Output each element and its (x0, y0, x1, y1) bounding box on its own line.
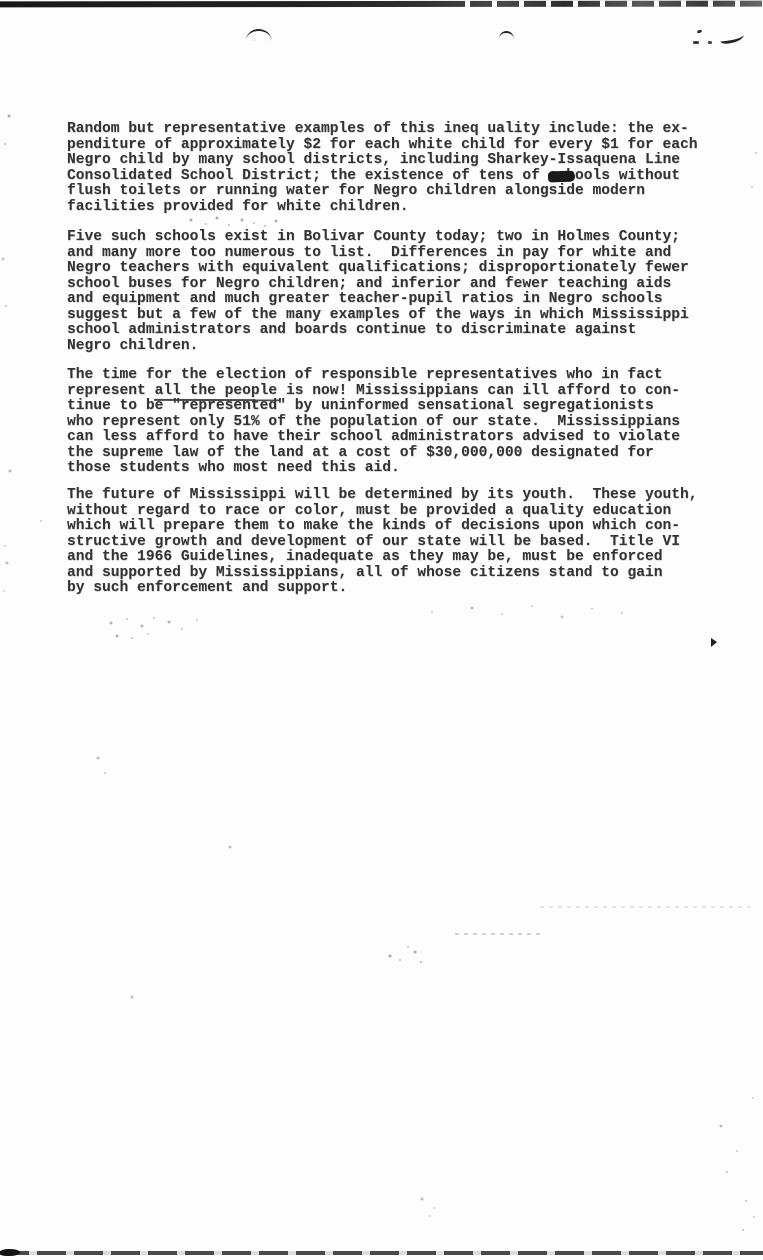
scan-artifact-top-edge (0, 1, 763, 8)
stray-flag-mark (711, 638, 717, 647)
paragraph-election-representatives: The time for the election of responsible… (67, 368, 680, 477)
pen-dot-mark (693, 41, 699, 44)
faint-dash-artifact (540, 906, 750, 908)
pen-swoosh-mark (719, 31, 744, 45)
paragraph-school-conditions: Five such schools exist in Bolivar Count… (67, 230, 689, 354)
pen-arc-mark-small (499, 31, 514, 39)
paragraph-future-of-mississippi: The future of Mississippi will be determ… (67, 488, 698, 597)
paragraph-inequality-examples: Random but representative examples of th… (67, 122, 698, 215)
scan-artifact-bottom-edge (0, 1251, 763, 1255)
pen-dot-mark (697, 29, 703, 34)
pen-dot-mark (708, 41, 713, 44)
photocopy-speckle-noise (0, 0, 2, 2)
ink-blob-mark (548, 171, 575, 183)
underline-all-the-people (154, 399, 279, 401)
document-page: Random but representative examples of th… (0, 0, 763, 1260)
faint-dash-artifact (455, 933, 545, 935)
pen-arc-mark (246, 29, 272, 42)
